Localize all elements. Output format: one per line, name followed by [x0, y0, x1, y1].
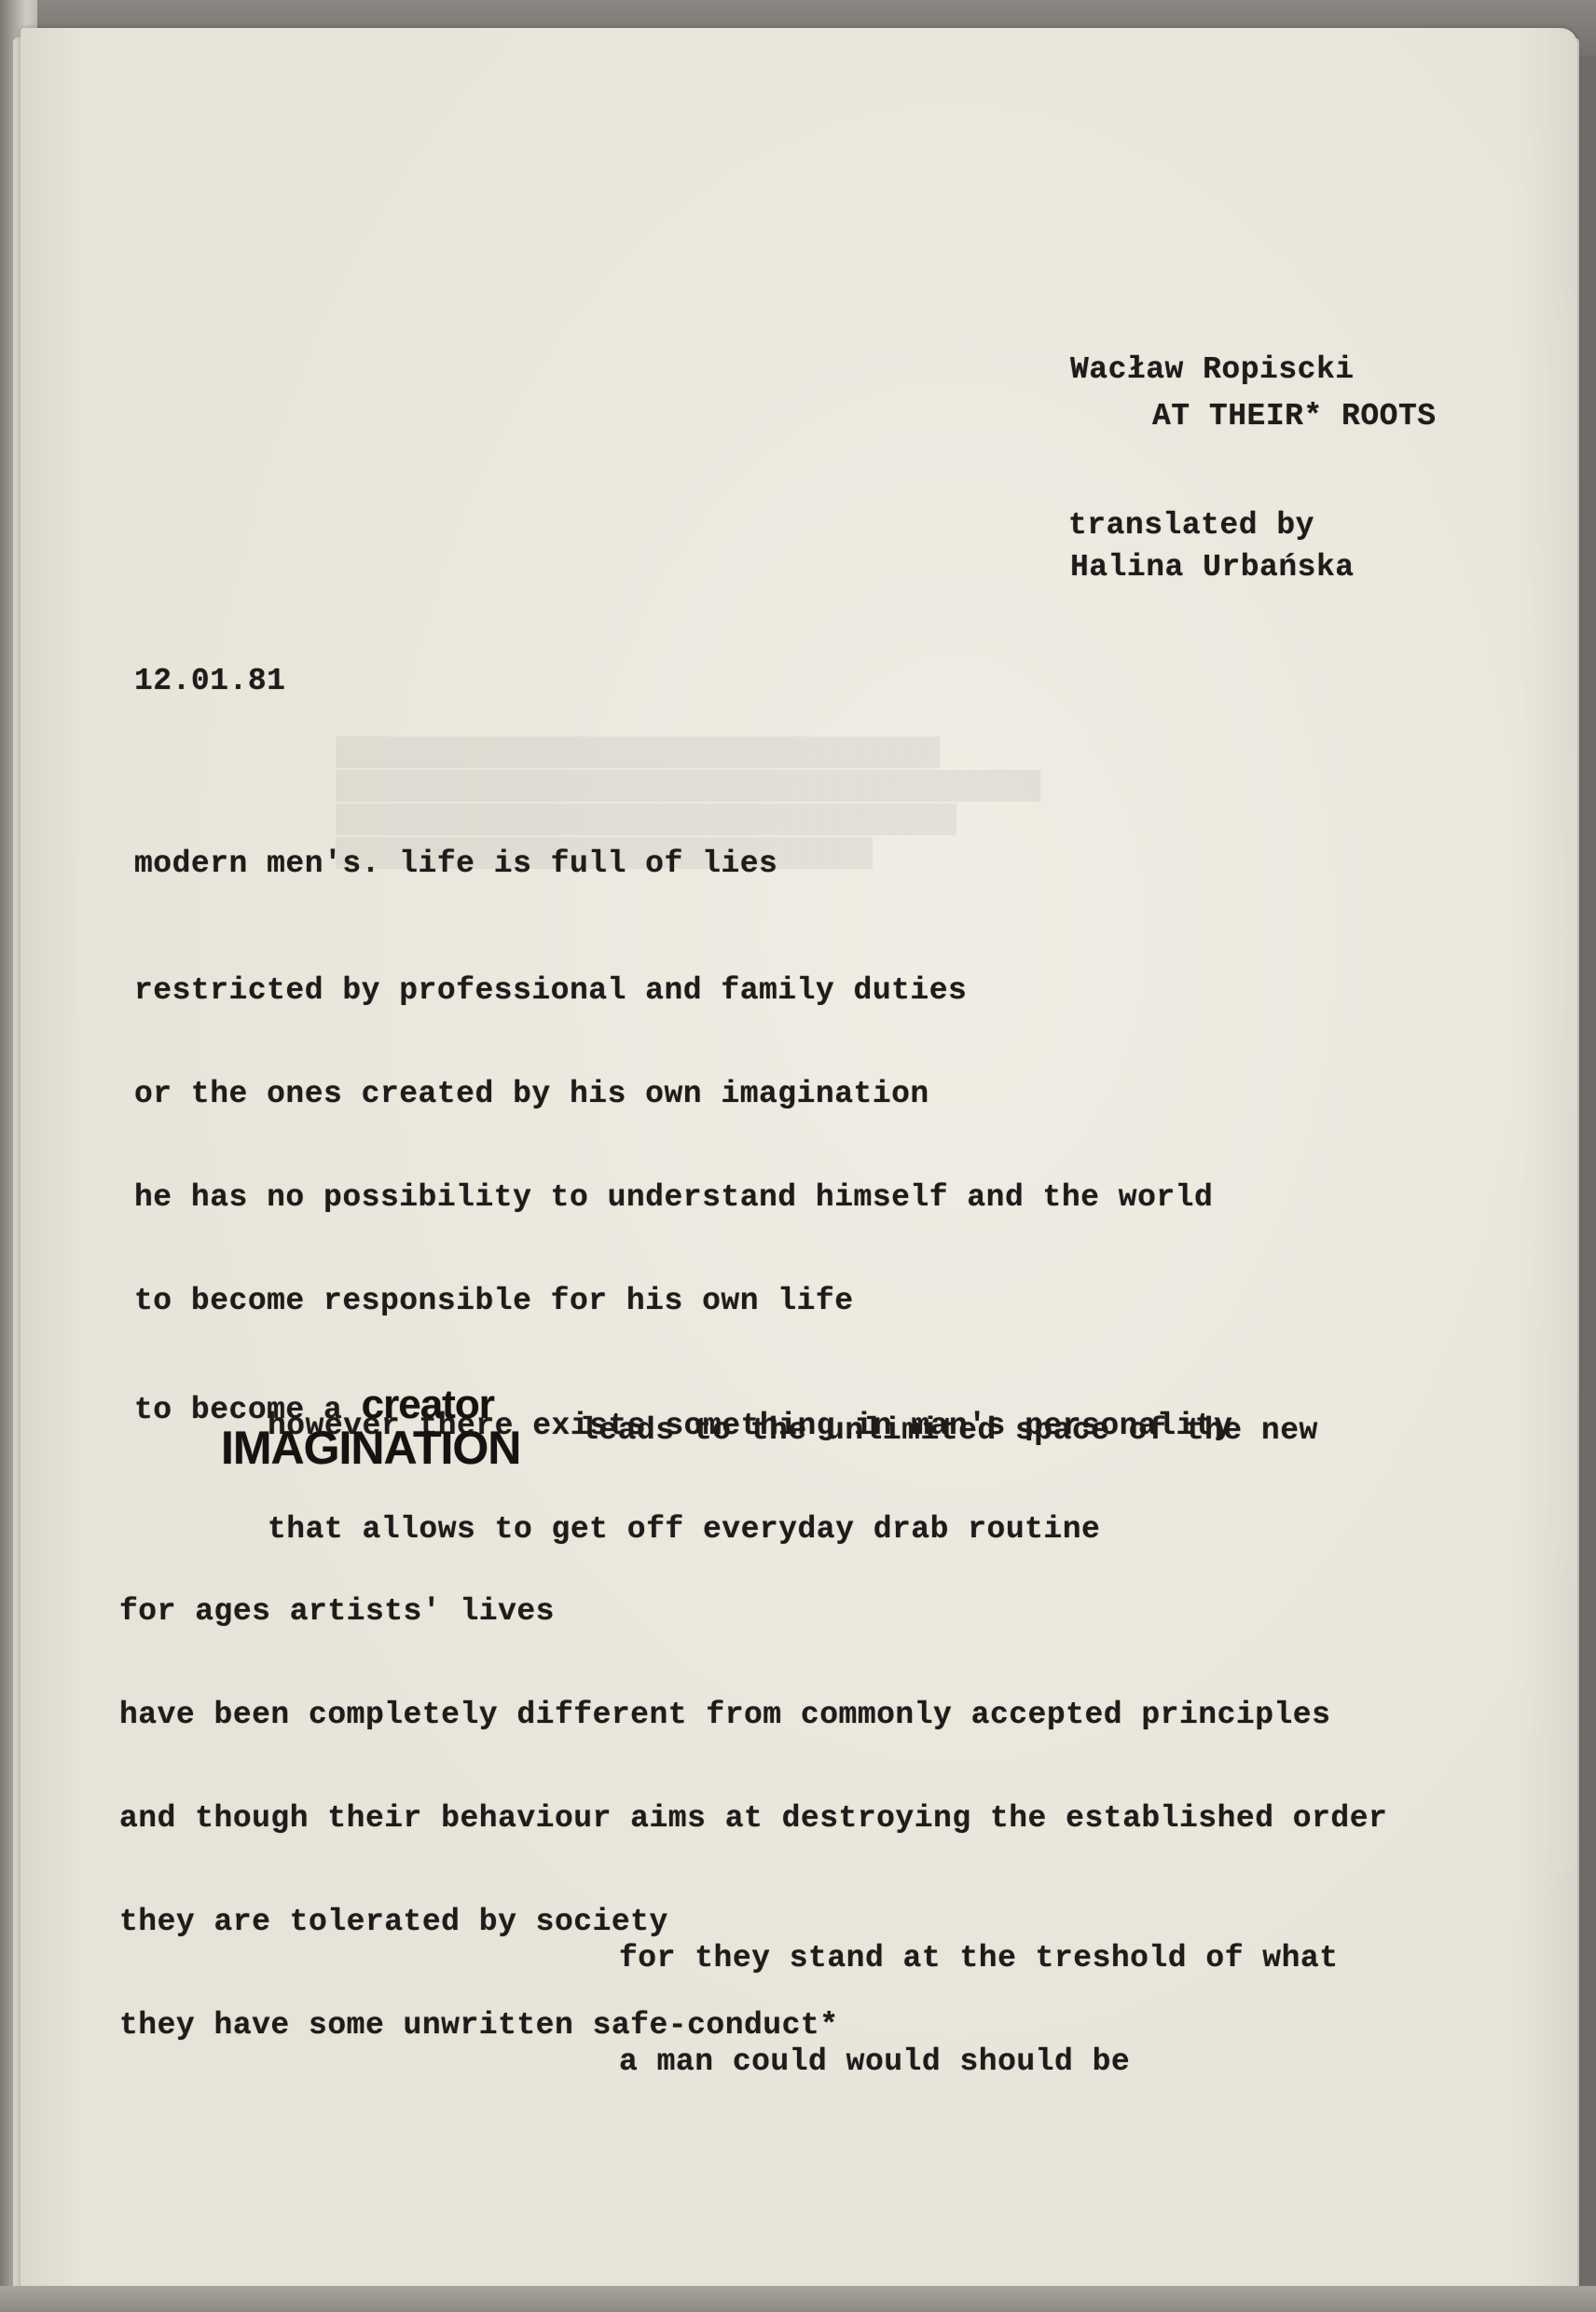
- translated-by-label: translated by: [1068, 508, 1314, 543]
- stanza1-opening: modern men's. life is full of lies: [134, 846, 777, 881]
- stanza3-line: and though their behaviour aims at destr…: [119, 1801, 1387, 1836]
- stanza4: for they stand at the treshold of what a…: [619, 1872, 1339, 2113]
- stanza4-line: a man could would should be: [619, 2044, 1339, 2079]
- stanza3-line: have been completely different from comm…: [119, 1698, 1387, 1732]
- table-surface: [0, 2286, 1596, 2312]
- stanza2-continuation: leads to the unlimited space of the new: [580, 1413, 1318, 1448]
- author-name: Wacław Ropiscki: [1070, 352, 1355, 387]
- stanza4-line: for they stand at the treshold of what: [619, 1941, 1339, 1975]
- translator-name: Halina Urbańska: [1070, 550, 1355, 585]
- document-date: 12.01.81: [134, 664, 285, 698]
- stanza3-line: for ages artists' lives: [119, 1594, 1387, 1629]
- document-title: AT THEIR* ROOTS: [1152, 399, 1437, 433]
- imagination-emphasis: IMAGINATION: [221, 1422, 520, 1474]
- stanza1-line: to become responsible for his own life: [134, 1284, 1213, 1318]
- stanza1-line: he has no possibility to understand hims…: [134, 1180, 1213, 1215]
- stanza1-line: or the ones created by his own imaginati…: [134, 1077, 1213, 1111]
- stanza1-line: restricted by professional and family du…: [134, 973, 1213, 1008]
